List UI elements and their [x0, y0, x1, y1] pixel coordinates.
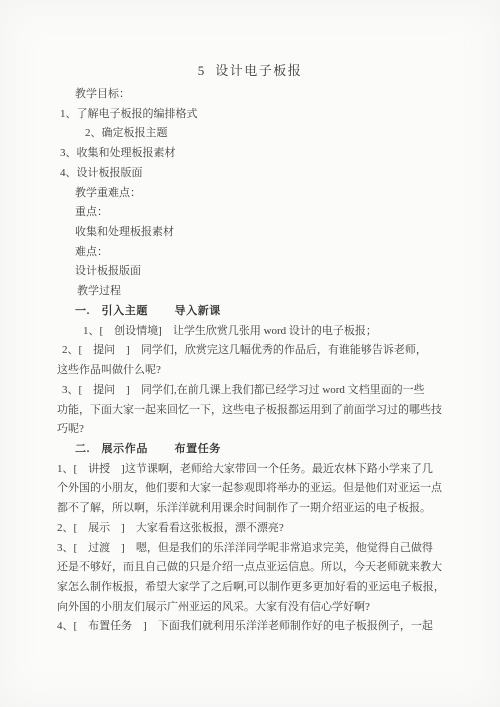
text-line: 教学过程 [0, 282, 500, 302]
text-line: 一. 引入主题 导入新课 [0, 302, 500, 322]
text-line: 向外国的小朋友们展示广州亚运的风采。大家有没有信心学好啊? [0, 598, 500, 618]
document-title: 5 设计电子板报 [0, 60, 500, 79]
text-line: 个外国的小朋友，他们要和大家一起参观即将举办的亚运。但是他们对亚运一点 [0, 479, 500, 499]
text-line: 2、[ 提问 ] 同学们，欣赏完这几幅优秀的作品后，有谁能够告诉老师， [0, 341, 500, 361]
text-line: 家怎么制作板报，希望大家学了之后啊,可以制作更多更加好看的亚运电子板报， [0, 578, 500, 598]
text-line: 3、[ 过渡 ] 嗯，但是我们的乐洋洋同学呢非常追求完美，他觉得自己做得 [0, 539, 500, 559]
text-line: 二. 展示作品 布置任务 [0, 440, 500, 460]
text-line: 1、了解电子板报的编排格式 [0, 105, 500, 125]
text-line: 2、[ 展示 ] 大家看看这张板报，漂不漂亮? [0, 519, 500, 539]
text-line: 设计板报版面 [0, 262, 500, 282]
document-body: 教学目标：1、了解电子板报的编排格式2、确定板报主题3、收集和处理板报素材4、设… [0, 85, 500, 637]
text-line: 3、收集和处理板报素材 [0, 144, 500, 164]
text-line: 难点： [0, 243, 500, 263]
text-line: 教学重难点： [0, 184, 500, 204]
text-line: 2、确定板报主题 [0, 124, 500, 144]
document-page: 5 设计电子板报 教学目标：1、了解电子板报的编排格式2、确定板报主题3、收集和… [0, 0, 500, 707]
text-line: 功能，下面大家一起来回忆一下，这些电子板报都运用到了前面学习过的哪些技 [0, 401, 500, 421]
text-line: 还是不够好，而且自己做的只是介绍一点点亚运信息。所以，今天老师就来教大 [0, 558, 500, 578]
text-line: 重点： [0, 203, 500, 223]
text-line: 4、[ 布置任务 ] 下面我们就利用乐洋洋老师制作好的电子板报例子，一起 [0, 617, 500, 637]
text-line: 4、设计板报版面 [0, 164, 500, 184]
text-line: 教学目标： [0, 85, 500, 105]
text-line: 3、[ 提问 ] 同学们,在前几课上我们都已经学习过 word 文档里面的一些 [0, 381, 500, 401]
text-line: 1、[ 创设情境] 让学生欣赏几张用 word 设计的电子板报； [0, 322, 500, 342]
text-line: 这些作品叫做什么呢? [0, 361, 500, 381]
text-line: 1、[ 讲授 ]这节课啊，老师给大家带回一个任务。最近农林下路小学来了几 [0, 460, 500, 480]
text-line: 收集和处理板报素材 [0, 223, 500, 243]
text-line: 巧呢? [0, 420, 500, 440]
text-line: 都不了解，所以啊，乐洋洋就利用课余时间制作了一期介绍亚运的电子板报。 [0, 499, 500, 519]
